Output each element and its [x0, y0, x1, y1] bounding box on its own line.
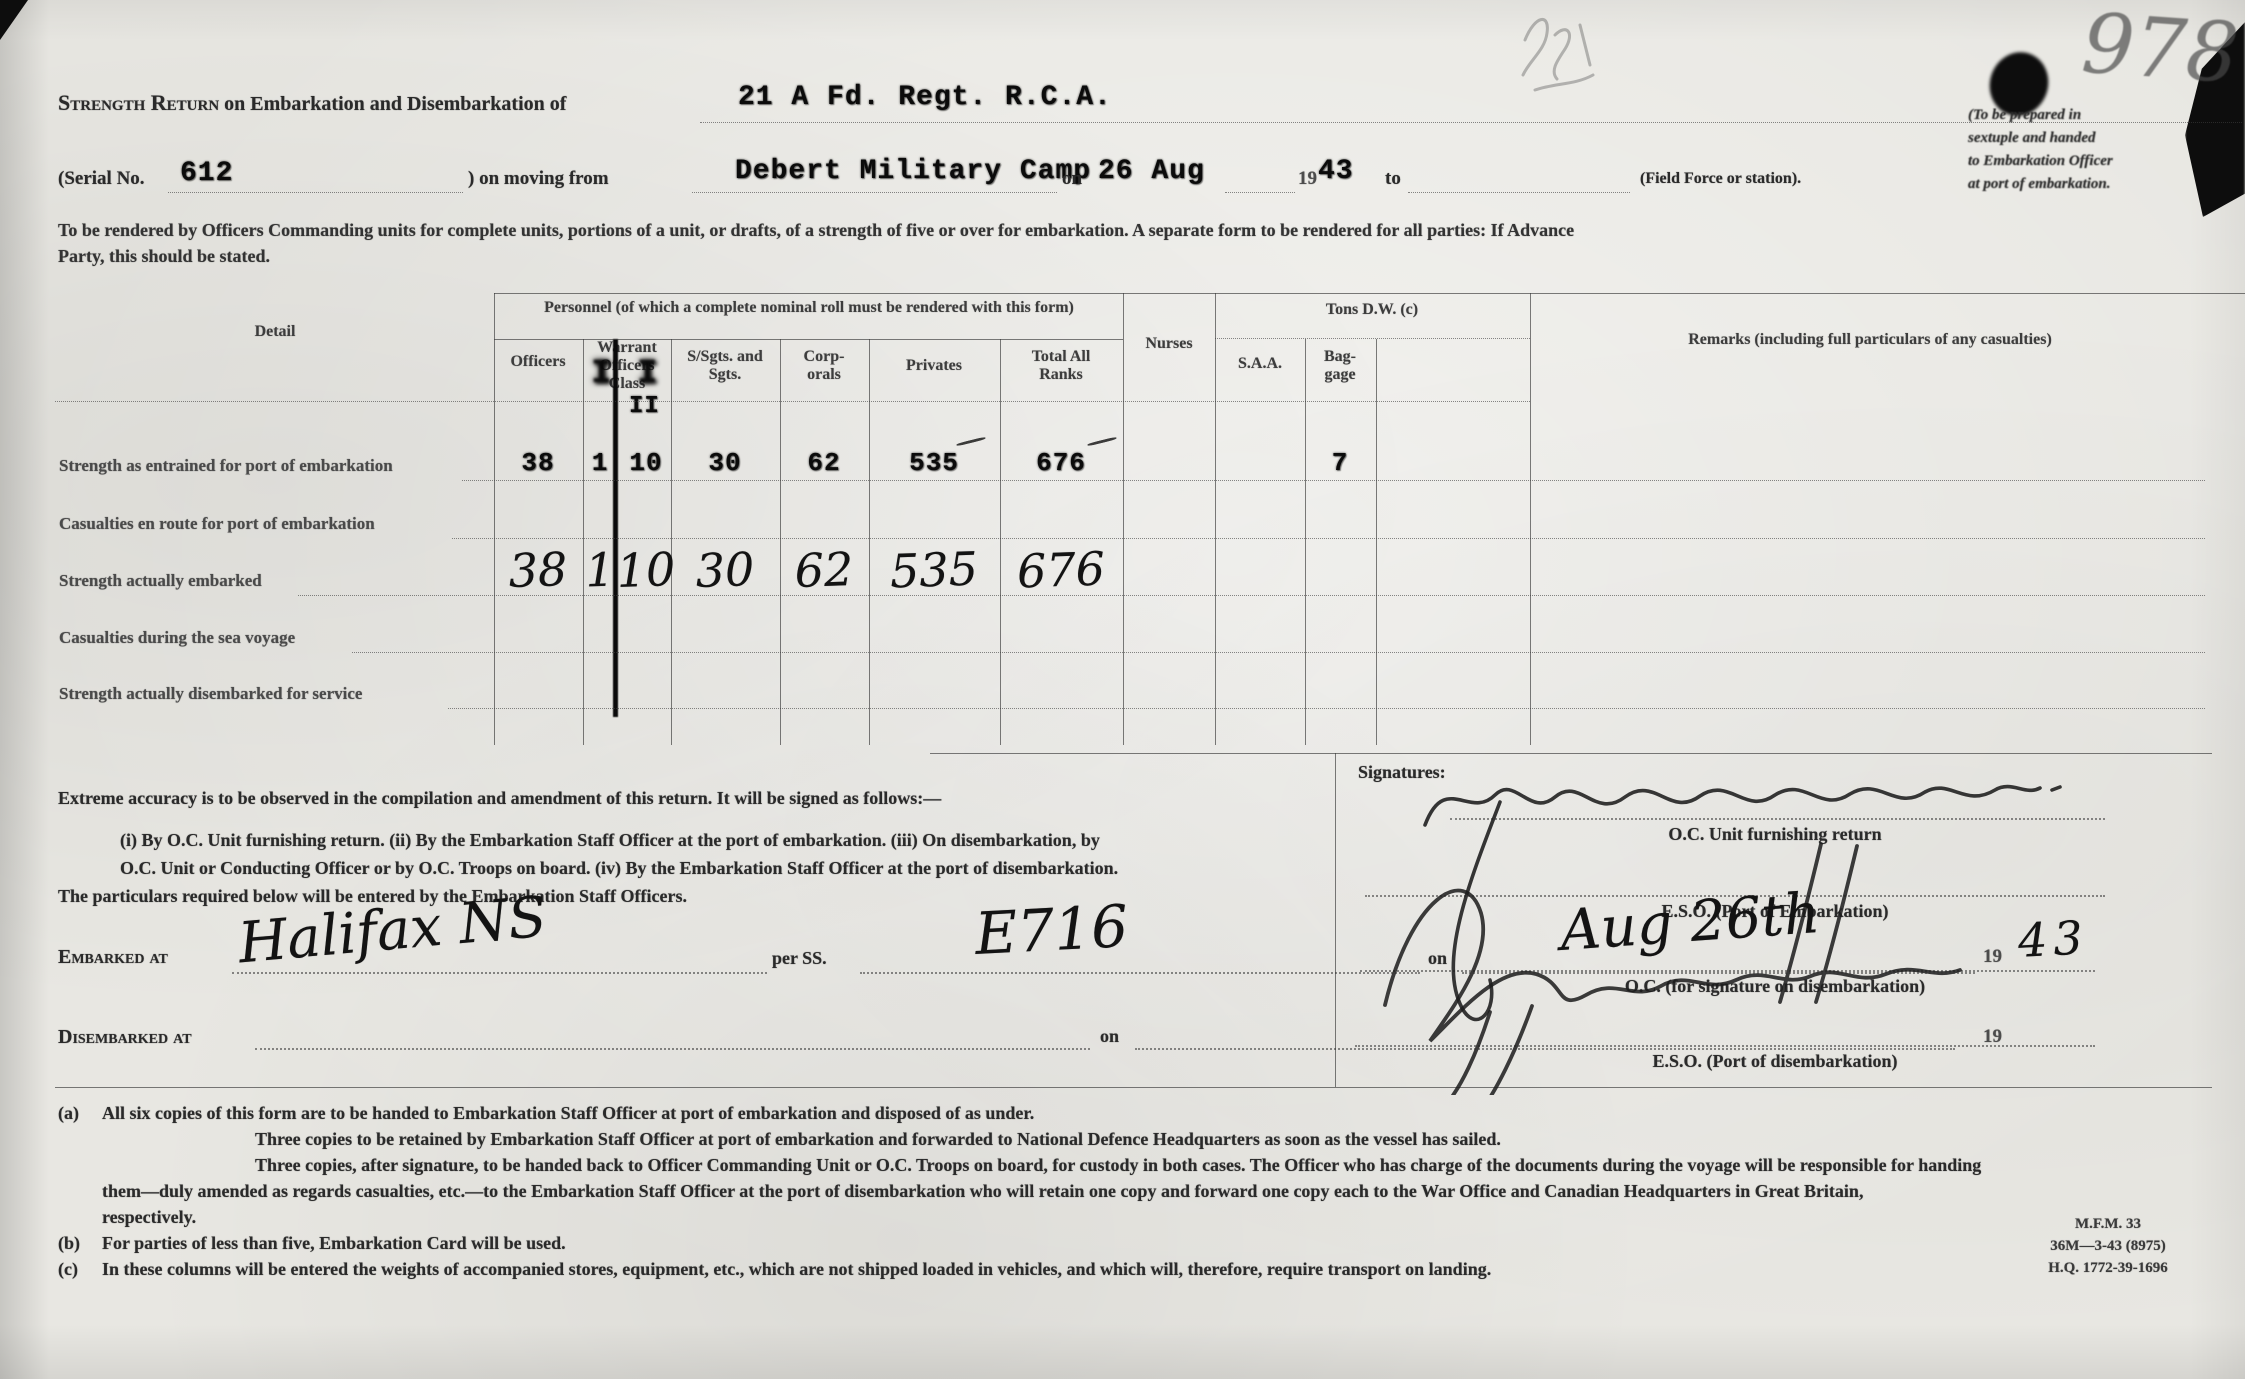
personnel-group-header: Personnel (of which a complete nominal r…: [499, 299, 1119, 317]
col-header-corporals: Corp- orals: [796, 348, 852, 384]
table-row-leader: [452, 538, 2205, 539]
table-row-leader: [448, 708, 2205, 709]
table-cell-cpls: 62: [794, 542, 854, 598]
leader-line: [168, 192, 463, 193]
note-b-tag: (b): [58, 1233, 80, 1254]
handwritten-mark: [956, 436, 986, 446]
table-row-label: Casualties during the sea voyage: [59, 628, 295, 648]
table-grid-vline: [1305, 339, 1306, 745]
intro-line2: Party, this should be stated.: [58, 246, 270, 267]
to-label: to: [1385, 168, 1401, 190]
note-a-line5: respectively.: [102, 1207, 196, 1228]
disembark-year: 19: [1983, 1026, 2002, 1048]
serial-value-typed: 612: [180, 158, 233, 189]
col-header-detail: Detail: [255, 323, 296, 341]
embark-year-prefix: 19: [1983, 946, 2002, 968]
serial-label: (Serial No.: [58, 168, 145, 190]
table-grid-vline: [1530, 293, 1531, 745]
table-cell-officers: 38: [508, 542, 568, 598]
signatures-divider: [1335, 753, 1336, 1087]
strength-table: Detail Personnel (of which a complete no…: [55, 293, 2212, 745]
table-grid-vline: [583, 339, 584, 745]
table-grid-hline: [55, 401, 1530, 402]
disembark-on-label: on: [1100, 1026, 1119, 1047]
table-row-label: Strength as entrained for port of embark…: [59, 456, 393, 476]
form-title-main: Strength Return: [58, 90, 219, 115]
note-a-tag: (a): [58, 1103, 79, 1124]
wo-overstrike-right: I: [637, 355, 658, 393]
table-cell-ptes: 535: [889, 541, 979, 598]
accuracy-line1: Extreme accuracy is to be observed in th…: [58, 788, 941, 809]
table-cell-total: 676: [1036, 448, 1086, 478]
table-grid-hline: [494, 339, 1123, 340]
origin-typed: Debert Military Camp: [735, 156, 1091, 187]
table-grid-vline: [1123, 293, 1124, 745]
embarked-place-line: [232, 972, 767, 974]
wo-overstrike-left: I: [591, 355, 612, 393]
col-header-saa: S.A.A.: [1238, 355, 1282, 373]
year-typed: 43: [1318, 156, 1354, 187]
form-id-line1: M.F.M. 33: [2075, 1216, 2141, 1233]
prepare-note-line3: to Embarkation Officer: [1968, 150, 2113, 173]
scan-corner-blot-top-left: [0, 0, 28, 40]
unit-name-typed: 21 A Fd. Regt. R.C.A.: [738, 82, 1112, 113]
pencil-scribble: [1495, 5, 1635, 115]
after-serial-label: ) on moving from: [468, 168, 609, 190]
table-cell-ssgts: 30: [708, 448, 741, 478]
col-header-tons: Tons D.W. (c): [1317, 301, 1427, 319]
col-header-nurses: Nurses: [1145, 335, 1192, 353]
table-grid-vline: [1376, 339, 1377, 745]
table-grid-vline: [494, 293, 495, 745]
embarked-label: Embarked at: [58, 946, 168, 969]
table-cell-wo1: 1: [584, 543, 615, 598]
disembarked-place-line: [255, 1048, 1090, 1050]
table-grid-hline: [494, 293, 2245, 294]
accuracy-line2: (i) By O.C. Unit furnishing return. (ii)…: [120, 830, 1100, 851]
table-row-leader: [352, 652, 2205, 653]
col-header-total: Total All Ranks: [1016, 348, 1106, 384]
table-cell-wo2: 10: [629, 448, 662, 478]
table-row-label: Strength actually disembarked for servic…: [59, 684, 362, 704]
note-c-text: In these columns will be entered the wei…: [102, 1259, 1491, 1280]
form-id-line3: H.Q. 1772-39-1696: [2048, 1260, 2168, 1277]
table-grid-vline: [1215, 293, 1216, 745]
col-header-remarks: Remarks (including full particulars of a…: [1688, 331, 2052, 349]
table-row-label: Strength actually embarked: [59, 571, 262, 591]
pencil-number: 978: [2079, 0, 2242, 102]
leader-line: [1408, 192, 1630, 193]
table-cell-officers: 38: [521, 448, 554, 478]
col-header-ssgts: S/Sgts. and Sgts.: [680, 348, 770, 384]
intro-line1: To be rendered by Officers Commanding un…: [58, 220, 1574, 241]
col-header-privates: Privates: [906, 357, 962, 375]
embark-date-line: [1462, 972, 1975, 974]
accuracy-line3: O.C. Unit or Conducting Officer or by O.…: [120, 858, 1118, 879]
ship-hand: E716: [973, 892, 1129, 968]
document-scan: 978 Strength Return on Embarkation and D…: [0, 0, 2245, 1379]
table-cell-ptes: 535: [909, 448, 959, 478]
prepare-note-line1: (To be prepared in: [1968, 104, 2081, 127]
leader-line: [692, 192, 1057, 193]
note-a-line4: them—duly amended as regards casualties,…: [102, 1181, 1863, 1202]
note-a-line1: All six copies of this form are to be ha…: [102, 1103, 1034, 1124]
table-cell-ssgts: 30: [695, 542, 755, 598]
heavy-ink-divider: [613, 339, 618, 717]
embark-year-hand: 43: [2017, 910, 2090, 968]
form-title: Strength Return on Embarkation and Disem…: [58, 90, 566, 116]
per-ss-label: per SS.: [772, 948, 827, 969]
disembark-date-line: [1135, 1048, 1955, 1050]
ship-line: [860, 972, 1420, 974]
prepare-note-line2: sextuple and handed: [1968, 127, 2096, 150]
leader-line: [1225, 192, 1295, 193]
table-grid-vline: [869, 339, 870, 745]
table-row-leader: [298, 595, 2205, 596]
table-grid-vline: [780, 339, 781, 745]
note-a-line3: Three copies, after signature, to be han…: [255, 1155, 1981, 1176]
embark-on-label: on: [1428, 948, 1447, 969]
form-id-line2: 36M—3-43 (8975): [2050, 1238, 2165, 1255]
table-grid-vline: [1000, 339, 1001, 745]
table-cell-total: 676: [1016, 541, 1106, 598]
table-cell-wo2: 10: [616, 542, 676, 598]
table-row-leader: [462, 480, 2205, 481]
table-cell-wo1: 1: [592, 448, 609, 478]
table-grid-hline: [1215, 338, 1530, 339]
handwritten-mark: [1087, 436, 1117, 446]
year-prefix: 19: [1298, 168, 1317, 190]
note-c-tag: (c): [58, 1259, 78, 1280]
table-row-label: Casualties en route for port of embarkat…: [59, 514, 375, 534]
table-cell-cpls: 62: [807, 448, 840, 478]
on-label: on: [1062, 168, 1082, 190]
disembarked-label: Disembarked at: [58, 1026, 192, 1049]
col-header-officers: Officers: [510, 353, 565, 371]
station-note: (Field Force or station).: [1640, 170, 1801, 188]
move-date-typed: 26 Aug: [1098, 156, 1205, 187]
wo-class2-typed: II: [629, 393, 660, 420]
table-cell-baggage: 7: [1332, 448, 1349, 478]
prepare-note-line4: at port of embarkation.: [1968, 173, 2111, 196]
note-a-line2: Three copies to be retained by Embarkati…: [255, 1129, 1501, 1150]
form-title-rest: on Embarkation and Disembarkation of: [219, 93, 566, 115]
note-b-text: For parties of less than five, Embarkati…: [102, 1233, 566, 1254]
col-header-baggage: Bag- gage: [1317, 348, 1363, 384]
